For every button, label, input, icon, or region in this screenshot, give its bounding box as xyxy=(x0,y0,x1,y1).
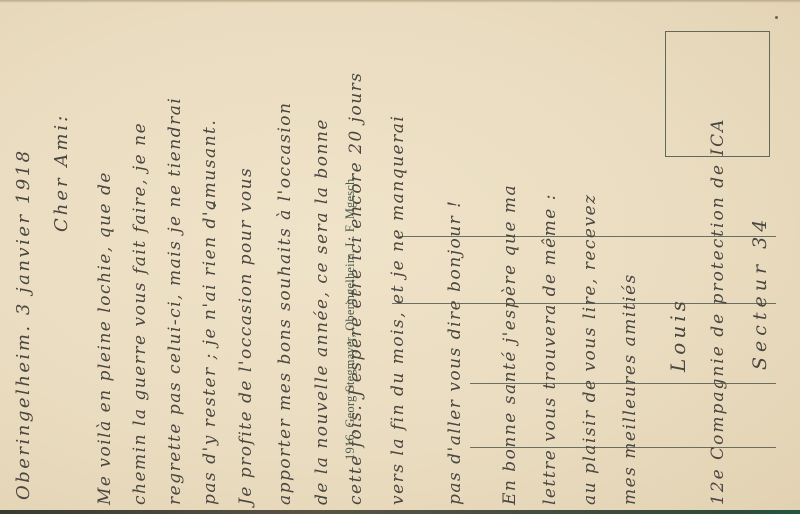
letter-line: mes meilleures amitiés xyxy=(620,273,640,505)
letter-line: En bonne santé j'espère que ma xyxy=(500,184,520,505)
letter-line: apporter mes bons souhaits à l'occasion xyxy=(275,102,295,505)
sender-sector: Secteur 34 xyxy=(750,215,770,370)
letter-line: pas d'aller vous dire bonjour ! xyxy=(445,199,465,505)
letter-line: chemin la guerre vous fait faire, je ne xyxy=(130,122,150,505)
paper-spot xyxy=(213,204,216,207)
letter-line: regrette pas celui-ci, mais je ne tiendr… xyxy=(165,97,185,505)
paper-spot xyxy=(775,16,778,19)
letter-line: Me voilà en pleine lochie, que de xyxy=(95,171,115,505)
postcard-back: Oberingelheim. 3 janvier 1918 Cher Ami: … xyxy=(0,0,800,514)
letter-line: Je profite de l'occasion pour vous xyxy=(236,167,256,505)
sender-unit: 12e Compagnie de protection de ICA xyxy=(708,118,728,505)
letter-line: de la nouvelle année, ce sera la bonne xyxy=(312,118,332,505)
letter-line: vers la fin du mois, et je ne manquerai xyxy=(388,115,408,505)
publisher-imprint: 1916, Georg Stegmayer, Oberingelheim, L.… xyxy=(343,175,358,460)
salutation: Cher Ami: xyxy=(52,113,72,232)
letter-line: pas d'y rester ; je n'ai rien d'amusant. xyxy=(200,119,220,505)
letter-line: lettre vous trouvera de même : xyxy=(540,193,560,505)
letter-line: au plaisir de vous lire, recevez xyxy=(580,193,600,505)
signature: Louis xyxy=(668,297,688,372)
place-date: Oberingelheim. 3 janvier 1918 xyxy=(14,148,34,500)
